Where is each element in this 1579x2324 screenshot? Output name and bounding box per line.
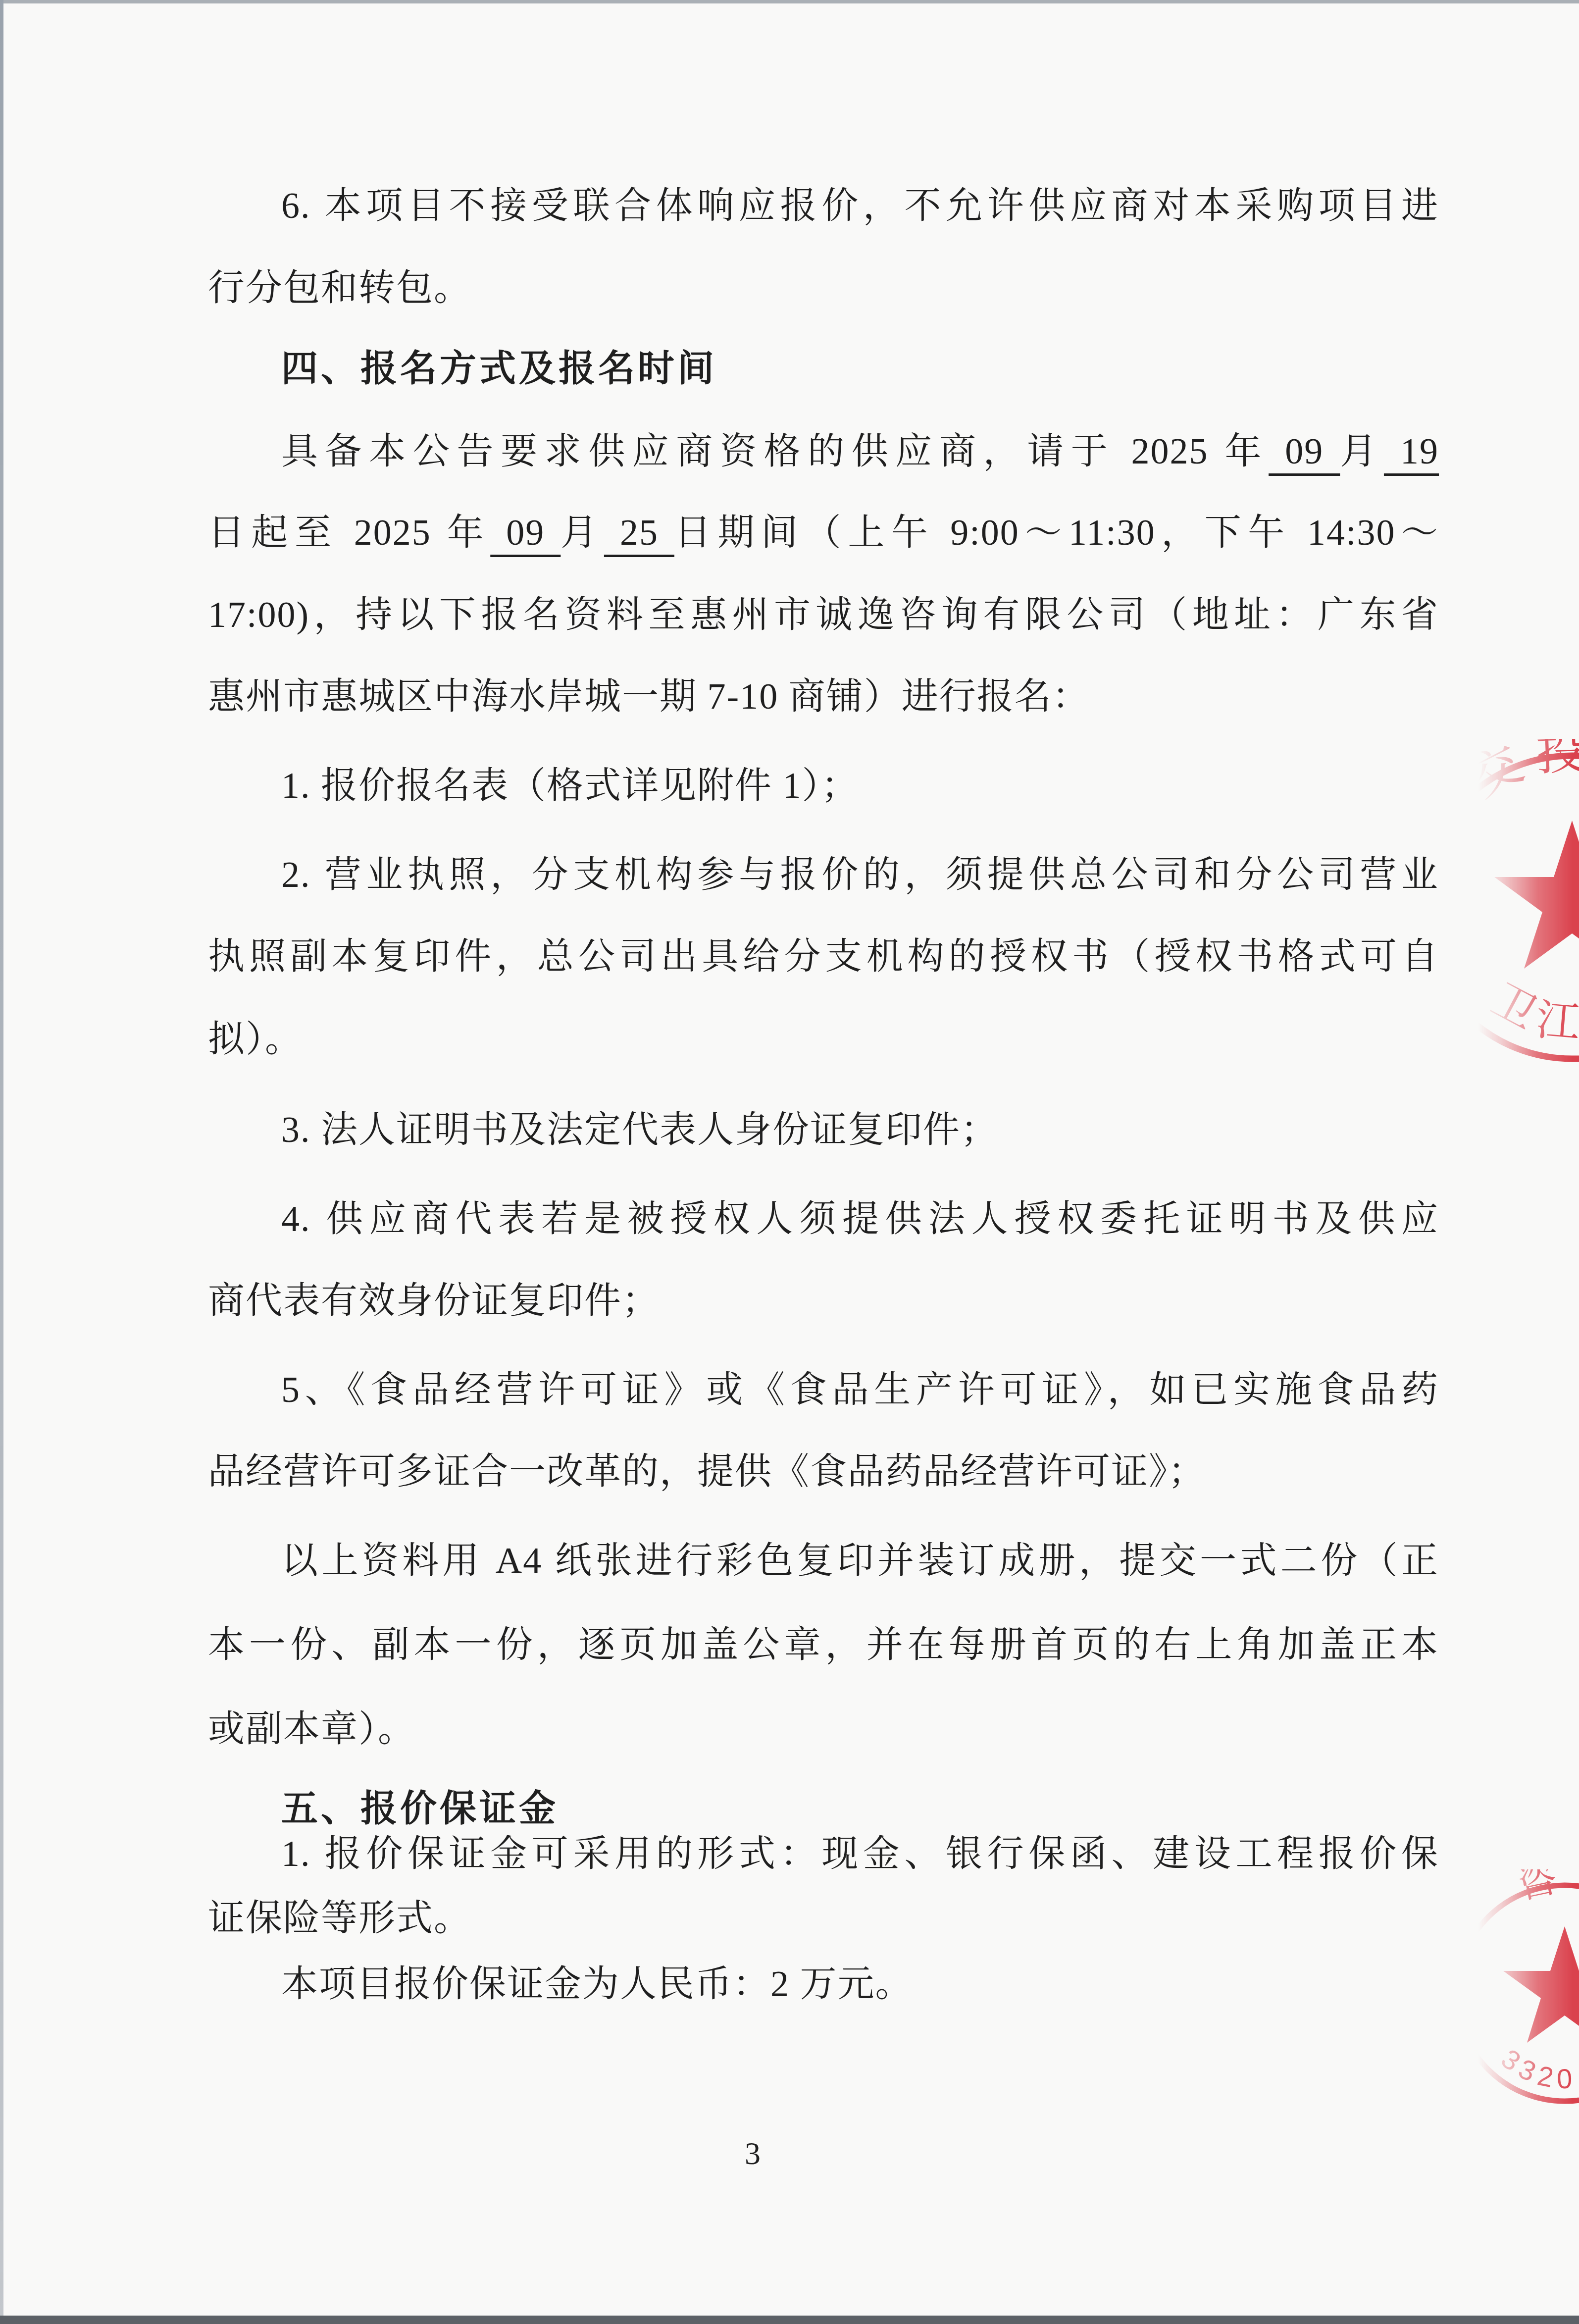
underlined-blank-day: 19	[1384, 431, 1439, 472]
scan-edge-top	[0, 0, 1579, 3]
doc-line-01: 6. 本项目不接受联合体响应报价，不允许供应商对本采购项目进	[208, 184, 1439, 228]
doc-text-segment: 日期间（上午 9:00～11:30，下午 14:30～	[674, 513, 1439, 553]
doc-text-segment: 日起至 2025 年	[208, 513, 490, 553]
doc-line-21: 1. 报价保证金可采用的形式：现金、银行保函、建设工程报价保	[208, 1832, 1439, 1876]
doc-text-segment: 具备本公告要求供应商资格的供应商，请于 2025 年	[281, 431, 1269, 472]
doc-line-09: 2. 营业执照，分支机构参与报价的，须提供总公司和分公司营业	[208, 853, 1439, 897]
underlined-blank-month: 09	[490, 513, 560, 553]
doc-line-07: 惠州市惠城区中海水岸城一期 7-10 商铺）进行报名：	[208, 675, 1439, 719]
doc-line-23: 本项目报价保证金为人民币：2 万元。	[208, 1962, 1439, 2007]
star-icon	[1494, 821, 1579, 969]
doc-line-14: 商代表有效身份证复印件；	[208, 1279, 1439, 1323]
doc-line-22: 证保险等形式。	[208, 1897, 1439, 1941]
star-icon	[1503, 1926, 1579, 2043]
section-heading-5: 五、报价保证金	[208, 1787, 1439, 1831]
underlined-blank-day: 25	[604, 513, 674, 553]
doc-line-04: 具备本公告要求供应商资格的供应商，请于 2025 年 09 月 19	[208, 430, 1439, 474]
doc-line-06: 17:00)，持以下报名资料至惠州市诚逸咨询有限公司（地址：广东省	[208, 593, 1439, 637]
doc-line-18: 本一份、副本一份，逐页加盖公章，并在每册首页的右上角加盖正本	[208, 1623, 1439, 1667]
svg-text:交投: 交投	[1478, 739, 1579, 807]
scanned-document-page: 6. 本项目不接受联合体响应报价，不允许供应商对本采购项目进 行分包和转包。 四…	[0, 0, 1579, 2324]
doc-line-15: 5、《食品经营许可证》或《食品生产许可证》，如已实施食品药	[208, 1368, 1439, 1412]
seal-arc-text-top: 交投	[1478, 739, 1579, 807]
doc-text-segment: 月	[560, 513, 604, 553]
doc-line-02: 行分包和转包。	[208, 266, 1439, 310]
svg-text:咨: 咨	[1514, 1869, 1568, 1908]
doc-line-16: 品经营许可多证合一改革的，提供《食品药品经营许可证》；	[208, 1450, 1439, 1494]
red-seal-stamp-lower: 咨 3320	[1478, 1869, 1579, 2117]
scan-edge-bottom	[0, 2316, 1579, 2324]
page-number: 3	[37, 2135, 1468, 2172]
doc-line-08: 1. 报价报名表（格式详见附件 1）；	[208, 764, 1439, 808]
scan-edge-left	[0, 0, 3, 2324]
section-heading-4: 四、报名方式及报名时间	[208, 347, 1439, 391]
doc-line-10: 执照副本复印件，总公司出具给分支机构的授权书（授权书格式可自	[208, 935, 1439, 979]
doc-line-13: 4. 供应商代表若是被授权人须提供法人授权委托证明书及供应	[208, 1197, 1439, 1241]
doc-line-05: 日起至 2025 年 09 月 25 日期间（上午 9:00～11:30，下午 …	[208, 511, 1439, 555]
doc-line-17: 以上资料用 A4 纸张进行彩色复印并装订成册，提交一式二份（正	[208, 1539, 1439, 1583]
doc-line-12: 3. 法人证明书及法定代表人身份证复印件；	[208, 1108, 1439, 1152]
seal-arc-text-top: 咨	[1514, 1869, 1568, 1908]
doc-line-11: 拟）。	[208, 1018, 1439, 1062]
red-seal-stamp-upper: 交投 卫江	[1478, 739, 1579, 1081]
underlined-blank-month: 09	[1269, 431, 1340, 472]
doc-text-segment: 月	[1340, 431, 1384, 472]
doc-line-19: 或副本章）。	[208, 1707, 1439, 1752]
